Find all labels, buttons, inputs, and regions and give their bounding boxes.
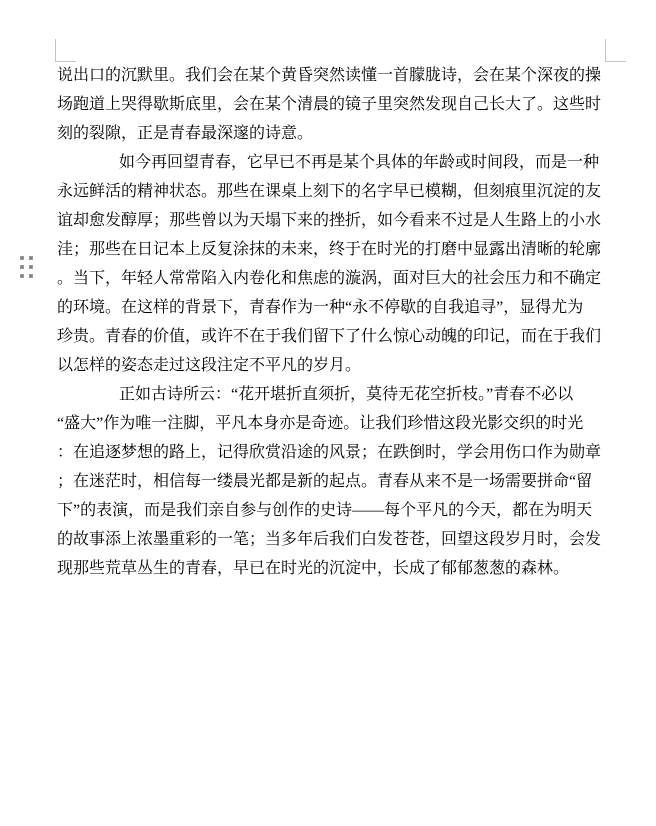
text-line: 正如古诗所云：“花开堪折直须折，莫待无花空折枝。”青春不必以 (57, 380, 605, 409)
text-line: 现那些荒草丛生的青春，早已在时光的沉淀中，长成了郁郁葱葱的森林。 (57, 554, 605, 583)
text-line: 以怎样的姿态走过这段注定不平凡的岁月。 (57, 351, 605, 380)
text-line: 场跑道上哭得歇斯底里，会在某个清晨的镜子里突然发现自己长大了。这些时 (57, 90, 605, 119)
text-line: 永远鲜活的精神状态。那些在课桌上刻下的名字早已模糊，但刻痕里沉淀的友 (57, 177, 605, 206)
text-line: ；在迷茫时，相信每一缕晨光都是新的起点。青春从来不是一场需要拼命“留 (57, 467, 605, 496)
text-line: 谊却愈发醇厚；那些曾以为天塌下来的挫折，如今看来不过是人生路上的小水 (57, 206, 605, 235)
paragraph-drag-handle-icon[interactable] (20, 256, 33, 278)
handle-dot (29, 274, 33, 278)
handle-dot (29, 265, 33, 269)
document-text-area[interactable]: 说出口的沉默里。我们会在某个黄昏突然读懂一首朦胧诗，会在某个深夜的操场跑道上哭得… (57, 61, 605, 583)
text-line: 刻的裂隙，正是青春最深邃的诗意。 (57, 119, 605, 148)
text-line: 。当下，年轻人常常陷入内卷化和焦虑的漩涡，面对巨大的社会压力和不确定 (57, 264, 605, 293)
paragraph: 如今再回望青春，它早已不再是某个具体的年龄或时间段，而是一种永远鲜活的精神状态。… (57, 148, 605, 380)
text-line: ：在追逐梦想的路上，记得欣赏沿途的风景；在跌倒时，学会用伤口作为勋章 (57, 438, 605, 467)
text-line: 说出口的沉默里。我们会在某个黄昏突然读懂一首朦胧诗，会在某个深夜的操 (57, 61, 605, 90)
text-line: 下”的表演，而是我们亲自参与创作的史诗——每个平凡的今天，都在为明天 (57, 496, 605, 525)
text-line: 洼；那些在日记本上反复涂抹的未来，终于在时光的打磨中显露出清晰的轮廓 (57, 235, 605, 264)
paragraph: 说出口的沉默里。我们会在某个黄昏突然读懂一首朦胧诗，会在某个深夜的操场跑道上哭得… (57, 61, 605, 148)
handle-dot (20, 256, 24, 260)
handle-dot (20, 265, 24, 269)
handle-dot (29, 256, 33, 260)
page-corner-mark-top-right (605, 39, 626, 62)
text-line: 如今再回望青春，它早已不再是某个具体的年龄或时间段，而是一种 (57, 148, 605, 177)
page-corner-mark-top-left (55, 39, 76, 62)
text-line: “盛大”作为唯一注脚，平凡本身亦是奇迹。让我们珍惜这段光影交织的时光 (57, 409, 605, 438)
handle-dot (20, 274, 24, 278)
text-line: 珍贵。青春的价值，或许不在于我们留下了什么惊心动魄的印记，而在于我们 (57, 322, 605, 351)
paragraph: 正如古诗所云：“花开堪折直须折，莫待无花空折枝。”青春不必以“盛大”作为唯一注脚… (57, 380, 605, 583)
text-line: 的故事添上浓墨重彩的一笔；当多年后我们白发苍苍，回望这段岁月时，会发 (57, 525, 605, 554)
text-line: 的环境。在这样的背景下，青春作为一种“永不停歇的自我追寻”，显得尤为 (57, 293, 605, 322)
document-page: 说出口的沉默里。我们会在某个黄昏突然读懂一首朦胧诗，会在某个深夜的操场跑道上哭得… (0, 0, 656, 826)
